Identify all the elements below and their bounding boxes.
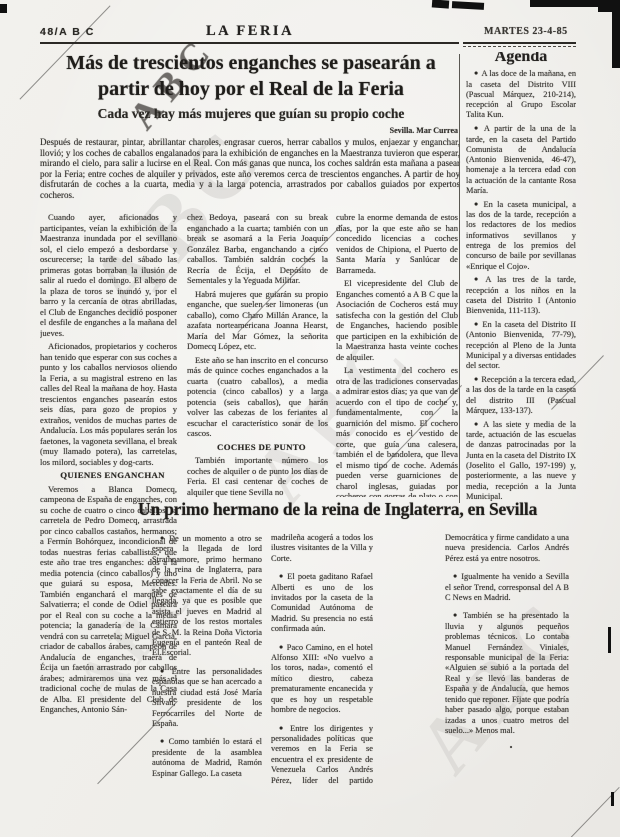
news-brief-text: El poeta gaditano Rafael Alberti es uno … xyxy=(271,572,373,633)
agenda-sidebar: Agenda ●A las doce de la mañana, en la c… xyxy=(466,52,576,504)
bullet-icon: ● xyxy=(474,275,482,283)
article2-column-1: ●De un momento a otro se espera la llega… xyxy=(152,533,262,785)
agenda-item: ●A partir de la una de la tarde, en la c… xyxy=(466,123,576,196)
bullet-icon: ● xyxy=(474,200,480,208)
bullet-icon: ● xyxy=(453,572,458,580)
news-brief-text: De un momento a otro se espera la llegad… xyxy=(152,534,262,657)
article2: Un primo hermano de la reina de Inglater… xyxy=(138,499,576,837)
agenda-item: ●En la caseta municipal, a las dos de la… xyxy=(466,199,576,272)
paragraph: Habrá mujeres que guiarán su propio enga… xyxy=(187,289,328,352)
news-brief: ●Paco Camino, en el hotel Alfonso XIII: … xyxy=(271,642,373,716)
section-subhead: QUIENES ENGANCHAN xyxy=(40,470,177,481)
main-subheadline: Cada vez hay más mujeres que guían su pr… xyxy=(42,106,460,122)
header-rule-right xyxy=(463,42,576,44)
bullet-icon: ● xyxy=(160,737,166,745)
paragraph: El vicepresidente del Club de Enganches … xyxy=(336,278,458,362)
paragraph: La vestimenta del cochero es otra de las… xyxy=(336,365,458,497)
header-rule xyxy=(40,42,459,44)
paragraph: También importante número los coches de … xyxy=(187,455,328,497)
scan-mark xyxy=(0,4,7,13)
paragraph: Cuando ayer, aficionados y participantes… xyxy=(40,212,177,338)
article-end-mark: • xyxy=(445,743,569,753)
agenda-item-text: En la caseta municipal, a las dos de la … xyxy=(466,200,576,271)
agenda-item-text: A las doce de la mañana, en la caseta de… xyxy=(466,69,576,119)
bullet-icon: ● xyxy=(279,572,284,580)
bullet-icon: ● xyxy=(474,320,479,328)
scan-mark xyxy=(608,627,611,653)
agenda-item-text: A las tres de la tarde, recepción a los … xyxy=(466,275,576,315)
agenda-title: Agenda xyxy=(466,52,576,62)
scan-mark xyxy=(432,0,450,9)
header-rule-right-dashed xyxy=(463,46,576,47)
news-brief: ●También se ha presentado la lluvia y al… xyxy=(445,610,569,736)
paragraph: Democrática y firme candidato a una nuev… xyxy=(445,533,569,564)
paragraph: Aficionados, propietarios y cocheros han… xyxy=(40,341,177,467)
article2-column-3: Democrática y firme candidato a una nuev… xyxy=(445,533,569,785)
bullet-icon: ● xyxy=(279,724,287,732)
scan-mark xyxy=(598,0,620,12)
section-subhead: COCHES DE PUNTO xyxy=(187,442,328,453)
agenda-item: ●En la caseta del Distrito II (Antonio B… xyxy=(466,319,576,371)
agenda-item-text: En la caseta del Distrito II (Antonio Bi… xyxy=(466,320,576,370)
column-divider-rule xyxy=(459,54,460,503)
paragraph: chez Bedoya, paseará con su break enganc… xyxy=(187,212,328,286)
agenda-item-text: Recepción a la tercera edad, a las dos d… xyxy=(466,375,576,415)
news-brief: ●De un momento a otro se espera la llega… xyxy=(152,533,262,659)
agenda-item: ●A las doce de la mañana, en la caseta d… xyxy=(466,68,576,120)
news-brief: ●Entre las personalidades españolas que … xyxy=(152,666,262,729)
bullet-icon: ● xyxy=(474,420,480,428)
news-brief: ●El poeta gaditano Rafael Alberti es uno… xyxy=(271,571,373,634)
paragraph: madrileña acogerá a todos los ilustres v… xyxy=(271,533,373,564)
article2-column-2: madrileña acogerá a todos los ilustres v… xyxy=(271,533,373,785)
paragraph: Este año se han inscrito en el concurso … xyxy=(187,355,328,439)
article1-column-3: cubre la enorme demanda de estos días, p… xyxy=(336,212,458,497)
date-label: MARTES 23-4-85 xyxy=(484,26,568,37)
main-headline: Más de trescientos enganches se pasearán… xyxy=(42,50,460,102)
news-brief-text: Como también lo estará el presidente de … xyxy=(152,737,262,777)
news-brief-text: Paco Camino, en el hotel Alfonso XIII: «… xyxy=(271,643,373,714)
agenda-item: ●Recepción a la tercera edad, a las dos … xyxy=(466,374,576,416)
news-brief-text: Entre las personalidades españolas que s… xyxy=(152,667,262,728)
bullet-icon: ● xyxy=(453,611,460,619)
bullet-icon: ● xyxy=(279,643,284,651)
news-brief: ●Como también lo estará el presidente de… xyxy=(152,736,262,779)
news-brief: ●Igualmente ha venido a Sevilla el señor… xyxy=(445,571,569,603)
bullet-icon: ● xyxy=(474,375,478,383)
agenda-item-text: A partir de la una de la tarde, en la ca… xyxy=(466,124,576,195)
paragraph: cubre la enorme demanda de estos días, p… xyxy=(336,212,458,275)
bullet-icon: ● xyxy=(474,69,478,77)
article2-headline: Un primo hermano de la reina de Inglater… xyxy=(138,499,576,520)
scan-mark xyxy=(611,792,614,806)
bullet-icon: ● xyxy=(160,667,169,675)
news-brief-text: Igualmente ha venido a Sevilla el señor … xyxy=(445,572,569,602)
news-brief: ●Entre los dirigentes y personalidades p… xyxy=(271,723,373,786)
section-title: LA FERIA xyxy=(42,23,458,40)
agenda-item: ●A las tres de la tarde, recepción a los… xyxy=(466,274,576,316)
byline: Sevilla. Mar Currea xyxy=(280,126,458,135)
news-brief-text: Entre los dirigentes y personalidades po… xyxy=(271,724,373,786)
newspaper-scan-page: ABC ABC ABC ABC ABC 48/A B C LA FERIA MA… xyxy=(0,0,620,837)
scan-mark xyxy=(452,1,484,10)
agenda-item: ●A las siete y media de la tarde, actuac… xyxy=(466,419,576,502)
bullet-icon: ● xyxy=(160,534,166,542)
bullet-icon: ● xyxy=(474,124,481,132)
agenda-item-text: A las siete y media de la tarde, actuaci… xyxy=(466,420,576,501)
article1-column-2: chez Bedoya, paseará con su break enganc… xyxy=(187,212,328,497)
news-brief-text: También se ha presentado la lluvia y alg… xyxy=(445,611,569,734)
lead-paragraph: Después de restaurar, pintar, abrillanta… xyxy=(40,137,460,201)
